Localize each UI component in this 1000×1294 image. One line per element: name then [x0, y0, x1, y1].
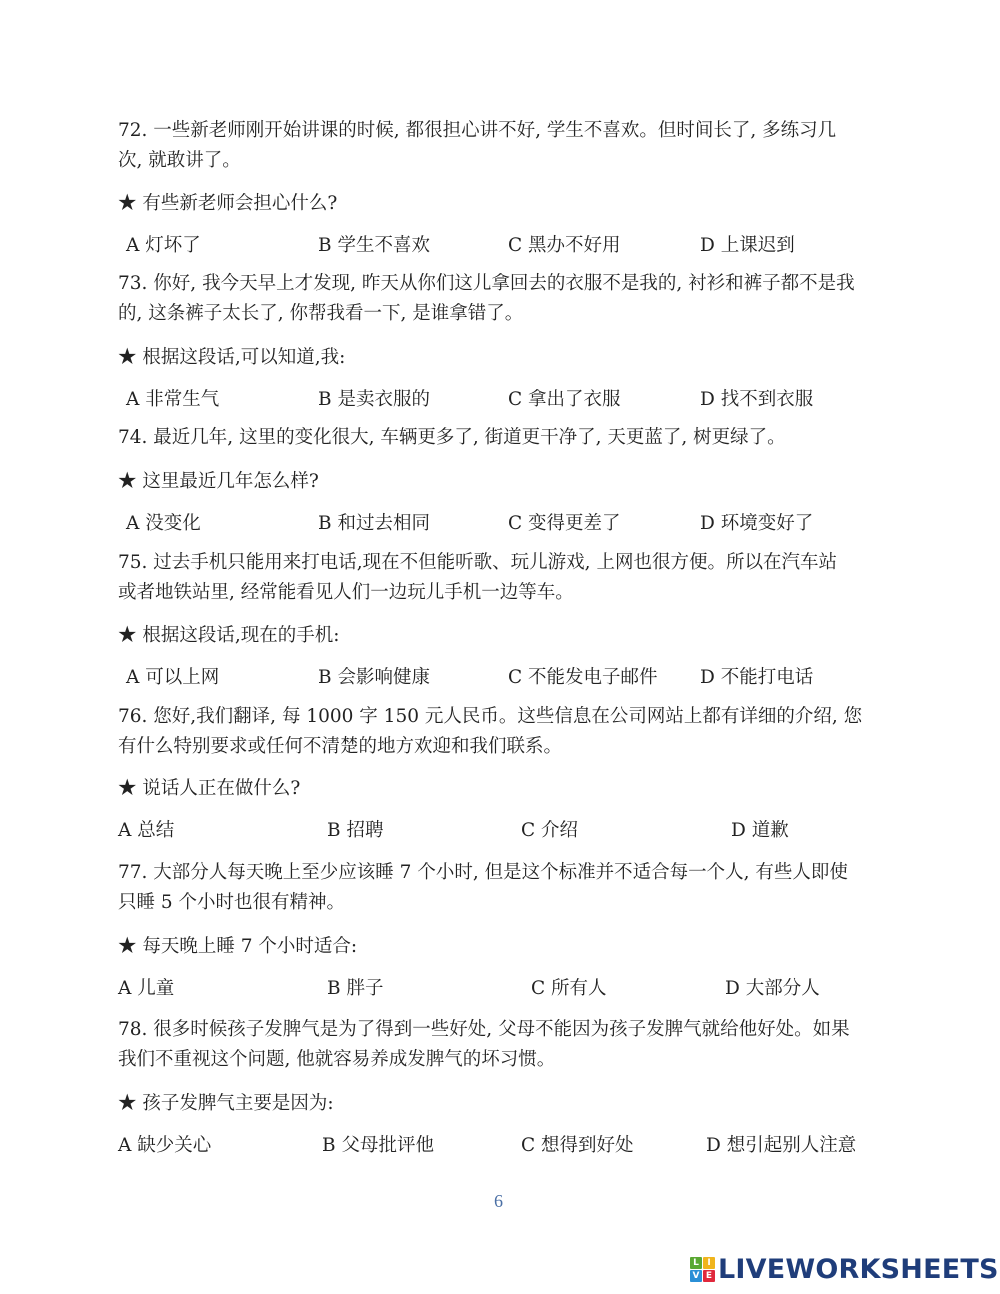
passage-78-line-1: 78. 很多时候孩子发脾气是为了得到一些好处, 父母不能因为孩子发脾气就给他好处… [118, 1019, 850, 1041]
live-tiles-icon: L I V E [690, 1257, 715, 1282]
option-78-d[interactable]: D 想引起别人注意 [706, 1135, 856, 1157]
logo-text: LIVEWORKSHEETS [718, 1254, 999, 1285]
option-72-b[interactable]: B 学生不喜欢 [318, 235, 430, 257]
question-77: ★ 每天晚上睡 7 个小时适合: [118, 936, 357, 958]
option-72-d[interactable]: D 上课迟到 [700, 235, 795, 257]
option-76-d[interactable]: D 道歉 [731, 820, 789, 842]
question-73: ★ 根据这段话,可以知道,我: [118, 347, 345, 369]
option-74-c[interactable]: C 变得更差了 [508, 513, 621, 535]
passage-76-line-2: 有什么特别要求或任何不清楚的地方欢迎和我们联系。 [118, 736, 562, 758]
option-77-a[interactable]: A 儿童 [118, 978, 174, 1000]
worksheet-page: 72. 一些新老师刚开始讲课的时候, 都很担心讲不好, 学生不喜欢。但时间长了,… [0, 0, 1000, 1294]
option-76-b[interactable]: B 招聘 [327, 820, 383, 842]
question-76: ★ 说话人正在做什么? [118, 778, 300, 800]
option-77-b[interactable]: B 胖子 [327, 978, 383, 1000]
option-74-b[interactable]: B 和过去相同 [318, 513, 430, 535]
passage-72-line-1: 72. 一些新老师刚开始讲课的时候, 都很担心讲不好, 学生不喜欢。但时间长了,… [118, 120, 836, 142]
logo-tile-v: V [690, 1270, 702, 1282]
option-72-c[interactable]: C 黑办不好用 [508, 235, 621, 257]
option-73-a[interactable]: A 非常生气 [126, 389, 219, 411]
option-73-d[interactable]: D 找不到衣服 [700, 389, 813, 411]
passage-77-line-1: 77. 大部分人每天晚上至少应该睡 7 个小时, 但是这个标准并不适合每一个人,… [118, 862, 848, 884]
option-78-c[interactable]: C 想得到好处 [521, 1135, 634, 1157]
passage-73-line-2: 的, 这条裤子太长了, 你帮我看一下, 是谁拿错了。 [118, 303, 523, 325]
passage-75-line-2: 或者地铁站里, 经常能看见人们一边玩儿手机一边等车。 [118, 582, 574, 604]
option-78-b[interactable]: B 父母批评他 [322, 1135, 434, 1157]
logo-tile-e: E [703, 1270, 715, 1282]
logo-tile-l: L [690, 1257, 702, 1269]
page-number: 6 [494, 1191, 503, 1212]
option-77-d[interactable]: D 大部分人 [725, 978, 820, 1000]
option-75-b[interactable]: B 会影响健康 [318, 667, 430, 689]
passage-73-line-1: 73. 你好, 我今天早上才发现, 昨天从你们这儿拿回去的衣服不是我的, 衬衫和… [118, 273, 855, 295]
option-73-b[interactable]: B 是卖衣服的 [318, 389, 430, 411]
passage-75-line-1: 75. 过去手机只能用来打电话,现在不但能听歌、玩儿游戏, 上网也很方便。所以在… [118, 552, 837, 574]
passage-74-line-1: 74. 最近几年, 这里的变化很大, 车辆更多了, 街道更干净了, 天更蓝了, … [118, 427, 786, 449]
question-78: ★ 孩子发脾气主要是因为: [118, 1093, 334, 1115]
option-78-a[interactable]: A 缺少关心 [118, 1135, 211, 1157]
liveworksheets-logo[interactable]: L I V E LIVEWORKSHEETS [690, 1254, 999, 1284]
option-76-c[interactable]: C 介绍 [521, 820, 578, 842]
option-73-c[interactable]: C 拿出了衣服 [508, 389, 621, 411]
option-75-c[interactable]: C 不能发电子邮件 [508, 667, 658, 689]
option-74-a[interactable]: A 没变化 [126, 513, 201, 535]
option-77-c[interactable]: C 所有人 [531, 978, 607, 1000]
logo-tile-i: I [703, 1257, 715, 1269]
passage-72-line-2: 次, 就敢讲了。 [118, 150, 241, 172]
option-76-a[interactable]: A 总结 [118, 820, 174, 842]
question-74: ★ 这里最近几年怎么样? [118, 471, 319, 493]
passage-77-line-2: 只睡 5 个小时也很有精神。 [118, 892, 345, 914]
passage-78-line-2: 我们不重视这个问题, 他就容易养成发脾气的坏习惯。 [118, 1049, 555, 1071]
passage-76-line-1: 76. 您好,我们翻译, 每 1000 字 150 元人民币。这些信息在公司网站… [118, 706, 862, 728]
option-75-d[interactable]: D 不能打电话 [700, 667, 813, 689]
option-72-a[interactable]: A 灯坏了 [126, 235, 201, 257]
question-75: ★ 根据这段话,现在的手机: [118, 625, 340, 647]
question-72: ★ 有些新老师会担心什么? [118, 193, 337, 215]
option-74-d[interactable]: D 环境变好了 [700, 513, 813, 535]
option-75-a[interactable]: A 可以上网 [126, 667, 219, 689]
